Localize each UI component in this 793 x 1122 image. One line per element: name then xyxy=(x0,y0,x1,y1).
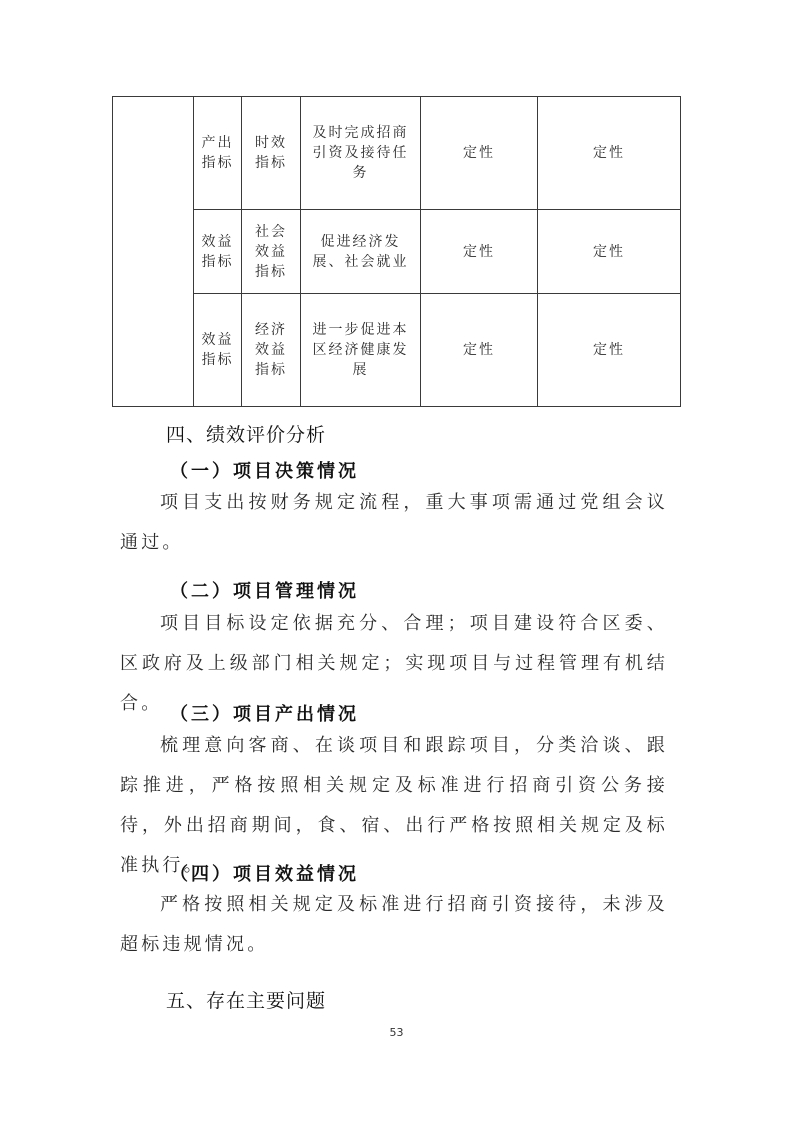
level3-indicator-cell: 进一步促进本区经济健康发展 xyxy=(301,294,421,407)
target-value-cell: 定性 xyxy=(421,210,538,294)
subsection-heading-benefit: （四）项目效益情况 xyxy=(170,860,359,886)
subsection-heading-management: （二）项目管理情况 xyxy=(170,577,359,603)
performance-indicator-table: 产出指标 时效指标 及时完成招商引资及接待任务 定性 定性 效益指标 社会效益指… xyxy=(112,96,681,407)
paragraph-benefit: 严格按照相关规定及标准进行招商引资接待，未涉及超标违规情况。 xyxy=(120,885,668,965)
merged-category-cell xyxy=(113,97,194,407)
level1-indicator-cell: 产出指标 xyxy=(194,97,242,210)
level2-indicator-cell: 社会效益指标 xyxy=(242,210,301,294)
actual-value-cell: 定性 xyxy=(538,210,681,294)
subsection-heading-decision: （一）项目决策情况 xyxy=(170,457,359,483)
paragraph-decision: 项目支出按财务规定流程，重大事项需通过党组会议通过。 xyxy=(120,483,668,563)
level3-indicator-cell: 促进经济发展、社会就业 xyxy=(301,210,421,294)
actual-value-cell: 定性 xyxy=(538,97,681,210)
target-value-cell: 定性 xyxy=(421,294,538,407)
level2-indicator-cell: 经济效益指标 xyxy=(242,294,301,407)
document-page: 产出指标 时效指标 及时完成招商引资及接待任务 定性 定性 效益指标 社会效益指… xyxy=(0,0,793,1122)
page-number: 53 xyxy=(0,1026,793,1039)
section-heading-main-problems: 五、存在主要问题 xyxy=(166,986,326,1013)
table-row: 产出指标 时效指标 及时完成招商引资及接待任务 定性 定性 xyxy=(113,97,681,210)
subsection-heading-output: （三）项目产出情况 xyxy=(170,700,359,726)
actual-value-cell: 定性 xyxy=(538,294,681,407)
level2-indicator-cell: 时效指标 xyxy=(242,97,301,210)
target-value-cell: 定性 xyxy=(421,97,538,210)
level1-indicator-cell: 效益指标 xyxy=(194,210,242,294)
level1-indicator-cell: 效益指标 xyxy=(194,294,242,407)
section-heading-performance-analysis: 四、绩效评价分析 xyxy=(166,420,326,447)
level3-indicator-cell: 及时完成招商引资及接待任务 xyxy=(301,97,421,210)
table-row: 效益指标 社会效益指标 促进经济发展、社会就业 定性 定性 xyxy=(113,210,681,294)
table-row: 效益指标 经济效益指标 进一步促进本区经济健康发展 定性 定性 xyxy=(113,294,681,407)
